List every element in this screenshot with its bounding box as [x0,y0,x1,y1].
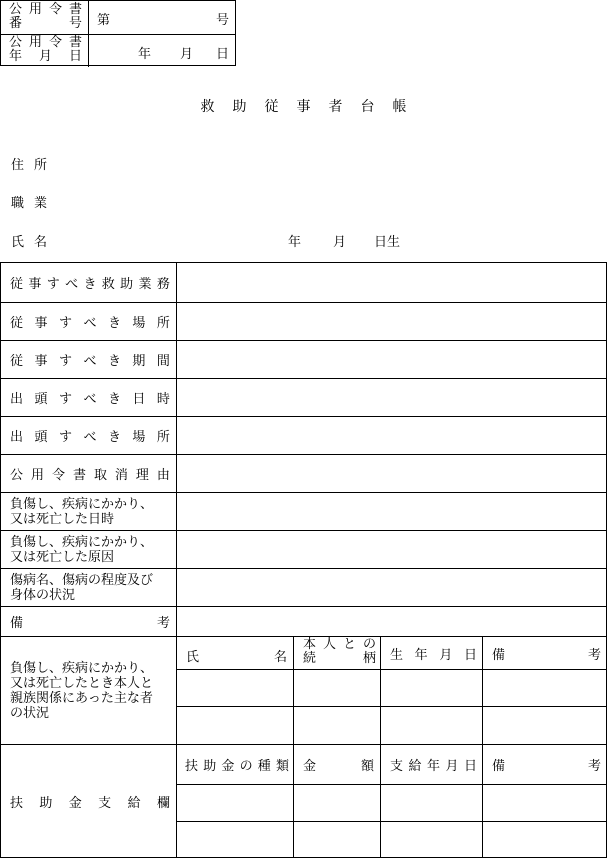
row-label-injury-condition: 傷病名、傷病の程度及び身体の状況 [1,569,176,606]
title-char: 者 [329,96,343,116]
birth-day-label: 日生 [374,231,400,250]
family-section-label: 負傷し、疾病にかかり、又は死亡したとき本人と親族関係にあった主な者の状況 [1,637,176,744]
remarks-field[interactable] [177,607,607,636]
title-char: 台 [361,96,375,116]
row-label-injury-datetime: 負傷し、疾病にかかり、又は死亡した日時 [1,493,176,530]
name-label: 氏名 [11,231,57,250]
injury-datetime-field[interactable] [177,493,607,530]
label-char: 号 [69,17,82,31]
payment-date-cell[interactable] [381,822,482,858]
occupation-label: 職業 [11,192,57,211]
document-number-row: 公用令書 番号 第 号 [1,1,235,35]
family-name-cell[interactable] [177,707,293,744]
family-header-birthdate: 生年月日 [381,637,482,669]
label-char: 令 [49,3,62,17]
family-relationship-cell[interactable] [294,670,380,706]
row-label-duty-period: 従事すべき期間 [1,341,176,378]
date-day: 日 [216,43,229,62]
row-label-injury-cause: 負傷し、疾病にかかり、又は死亡した原因 [1,531,176,568]
family-birthdate-cell[interactable] [381,670,482,706]
family-relationship-cell[interactable] [294,707,380,744]
payment-header-amount: 金額 [294,745,380,784]
rescue-duty-field[interactable] [177,263,607,302]
label-char: 月 [39,50,52,64]
payment-header-date: 支給年月日 [381,745,482,784]
payment-remarks-cell[interactable] [483,822,607,858]
duty-place-field[interactable] [177,303,607,340]
document-number-label: 公用令書 番号 [1,1,89,34]
payment-date-cell[interactable] [381,785,482,821]
document-date-field[interactable]: 年 月 日 [89,34,235,67]
label-char: 令 [49,36,62,50]
duty-period-field[interactable] [177,341,607,378]
appearance-place-field[interactable] [177,417,607,454]
title-char: 事 [297,96,311,116]
cancellation-reason-field[interactable] [177,455,607,492]
label-char: 公 [9,36,22,50]
record-table: 従事すべき救助業務 従事すべき場所 従事すべき期間 出頭すべき日時 出頭すべき場… [0,262,607,858]
label-char: 用 [29,36,42,50]
birth-month-label: 月 [333,231,346,250]
label-char: 書 [69,36,82,50]
row-label-appearance-datetime: 出頭すべき日時 [1,379,176,416]
family-header-remarks: 備考 [483,637,607,669]
date-month: 月 [180,43,193,62]
payment-remarks-cell[interactable] [483,785,607,821]
label-char: 年 [9,50,22,64]
title-char: 救 [201,96,215,116]
number-prefix: 第 [97,9,110,28]
family-birthdate-cell[interactable] [381,707,482,744]
family-header-relationship: 本人との 続柄 [294,637,380,669]
payment-header-remarks: 備考 [483,745,607,784]
label-char: 用 [29,3,42,17]
row-label-rescue-duty: 従事すべき救助業務 [1,263,176,302]
label-char: 公 [9,3,22,17]
family-name-cell[interactable] [177,670,293,706]
page-title: 救助従事者台帳 [0,96,607,116]
payment-type-cell[interactable] [177,785,293,821]
family-remarks-cell[interactable] [483,707,607,744]
payment-header-type: 扶助金の種類 [177,745,293,784]
label-char: 番 [9,17,22,31]
payment-type-cell[interactable] [177,822,293,858]
row-label-duty-place: 従事すべき場所 [1,303,176,340]
title-char: 従 [265,96,279,116]
payment-amount-cell[interactable] [294,822,380,858]
date-year: 年 [138,43,151,62]
document-number-box: 公用令書 番号 第 号 公用令書 年月日 年 月 日 [0,0,236,66]
label-char: 書 [69,3,82,17]
payment-section-label: 扶助金支給欄 [1,745,176,858]
row-label-cancellation-reason: 公用令書取消理由 [1,455,176,492]
injury-cause-field[interactable] [177,531,607,568]
row-label-appearance-place: 出頭すべき場所 [1,417,176,454]
family-header-name: 氏名 [177,637,293,669]
title-char: 助 [233,96,247,116]
document-date-label: 公用令書 年月日 [1,34,89,67]
address-label: 住所 [11,154,57,173]
row-label-remarks: 備考 [1,607,176,636]
injury-condition-field[interactable] [177,569,607,606]
label-char: 日 [69,50,82,64]
document-date-row: 公用令書 年月日 年 月 日 [1,34,235,67]
title-char: 帳 [393,96,407,116]
appearance-datetime-field[interactable] [177,379,607,416]
document-number-field[interactable]: 第 号 [89,1,235,34]
number-suffix: 号 [216,9,229,28]
payment-amount-cell[interactable] [294,785,380,821]
birth-year-label: 年 [288,231,301,250]
family-remarks-cell[interactable] [483,670,607,706]
